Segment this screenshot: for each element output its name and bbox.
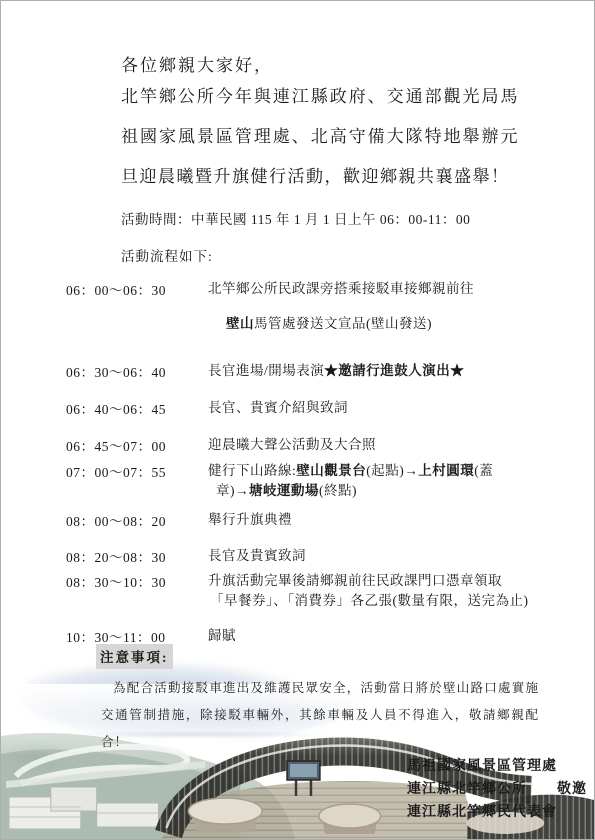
schedule-text: 馬管處發送文宣品(壁山發送) bbox=[254, 316, 432, 331]
schedule-text-bold: 上村圓環 bbox=[418, 463, 474, 478]
intro-paragraph: 北竿鄉公所今年與連江縣政府、交通部觀光局馬祖國家風景區管理處、北高守備大隊特地舉… bbox=[121, 77, 519, 197]
content-layer: 各位鄉親大家好， 北竿鄉公所今年與連江縣政府、交通部觀光局馬祖國家風景區管理處、… bbox=[1, 1, 594, 839]
signature-line-2: 連江縣北竿鄉公所 敬邀 bbox=[407, 778, 587, 801]
schedule-time: 08：20～08：30 bbox=[66, 546, 208, 566]
notes-paragraph: 為配合活動接駁車進出及維護民眾安全，活動當日將於壁山路口處實施交通管制措施，除接… bbox=[101, 675, 539, 756]
schedule-text: (起點)→ bbox=[366, 463, 418, 478]
schedule-time: 06：40～06：45 bbox=[66, 398, 208, 418]
schedule-description: 升旗活動完畢後請鄉親前往民政課門口憑章領取「早餐券」、「消費券」各乙張(數量有限… bbox=[208, 571, 546, 611]
schedule-text: 歸賦 bbox=[208, 628, 236, 643]
schedule-row: 08：00～08：20舉行升旗典禮 bbox=[66, 510, 546, 530]
schedule-text: 「早餐券」、「消費券」各乙張(數量有限，送完為止) bbox=[210, 593, 529, 608]
schedule-row: 06：00～06：30北竿鄉公所民政課旁搭乘接駁車接鄉親前往壁山馬管處發送文宣品… bbox=[66, 279, 546, 334]
signature-line-3: 連江縣北竿鄉民代表會 bbox=[407, 801, 587, 824]
schedule-text-bold: ★邀請行進鼓人演出★ bbox=[324, 363, 464, 378]
schedule-time: 06：00～06：30 bbox=[66, 279, 208, 299]
schedule-time: 06：30～06：40 bbox=[66, 361, 208, 381]
schedule-description: 迎晨曦大聲公活動及大合照 bbox=[208, 435, 546, 455]
schedule-line: 章)→塘岐運動場(終點) bbox=[216, 481, 546, 501]
schedule-row: 06：40～06：45長官、貴賓介紹與致詞 bbox=[66, 398, 546, 418]
schedule-line: 舉行升旗典禮 bbox=[208, 510, 546, 530]
schedule-row: 10：30～11：00歸賦 bbox=[66, 626, 546, 646]
schedule-line: 長官進場/開場表演★邀請行進鼓人演出★ bbox=[208, 361, 546, 381]
schedule-text: (終點) bbox=[319, 483, 357, 498]
schedule-text: 長官、貴賓介紹與致詞 bbox=[208, 400, 348, 415]
schedule-text: 升旗活動完畢後請鄉親前往民政課門口憑章領取 bbox=[208, 573, 502, 588]
schedule-row: 06：30～06：40長官進場/開場表演★邀請行進鼓人演出★ bbox=[66, 361, 546, 381]
schedule-description: 健行下山路線:壁山觀景台(起點)→上村圓環(蓋章)→塘岐運動場(終點) bbox=[208, 461, 546, 501]
greeting-line: 各位鄉親大家好， bbox=[121, 51, 273, 76]
schedule-list: 06：00～06：30北竿鄉公所民政課旁搭乘接駁車接鄉親前往壁山馬管處發送文宣品… bbox=[66, 279, 546, 662]
schedule-line: 「早餐券」、「消費券」各乙張(數量有限，送完為止) bbox=[210, 591, 546, 611]
schedule-text: 迎晨曦大聲公活動及大合照 bbox=[208, 437, 376, 452]
schedule-line: 健行下山路線:壁山觀景台(起點)→上村圓環(蓋 bbox=[208, 461, 546, 481]
schedule-text: (蓋 bbox=[474, 463, 493, 478]
schedule-time: 08：30～10：30 bbox=[66, 571, 208, 591]
schedule-description: 長官進場/開場表演★邀請行進鼓人演出★ bbox=[208, 361, 546, 381]
schedule-time: 10：30～11：00 bbox=[66, 626, 208, 646]
schedule-line: 長官、貴賓介紹與致詞 bbox=[208, 398, 546, 418]
schedule-time: 07：00～07：55 bbox=[66, 461, 208, 481]
schedule-row: 08：30～10：30升旗活動完畢後請鄉親前往民政課門口憑章領取「早餐券」、「消… bbox=[66, 571, 546, 611]
schedule-line: 升旗活動完畢後請鄉親前往民政課門口憑章領取 bbox=[208, 571, 546, 591]
schedule-text-bold: 壁山 bbox=[226, 316, 254, 331]
schedule-text: 長官進場/開場表演 bbox=[208, 363, 324, 378]
schedule-text: 舉行升旗典禮 bbox=[208, 512, 292, 527]
schedule-description: 長官、貴賓介紹與致詞 bbox=[208, 398, 546, 418]
schedule-line: 壁山馬管處發送文宣品(壁山發送) bbox=[226, 314, 546, 334]
schedule-text: 北竿鄉公所民政課旁搭乘接駁車接鄉親前往 bbox=[208, 281, 474, 296]
schedule-line: 長官及貴賓致詞 bbox=[208, 546, 546, 566]
schedule-heading: 活動流程如下: bbox=[121, 245, 213, 265]
flyer-page: 各位鄉親大家好， 北竿鄉公所今年與連江縣政府、交通部觀光局馬祖國家風景區管理處、… bbox=[0, 0, 595, 840]
schedule-text: 健行下山路線: bbox=[208, 463, 296, 478]
signature-block: 馬祖國家風景區管理處 連江縣北竿鄉公所 敬邀 連江縣北竿鄉民代表會 bbox=[407, 755, 587, 824]
schedule-line: 歸賦 bbox=[208, 626, 546, 646]
schedule-time: 08：00～08：20 bbox=[66, 510, 208, 530]
schedule-description: 長官及貴賓致詞 bbox=[208, 546, 546, 566]
schedule-text: 章)→ bbox=[216, 483, 249, 498]
schedule-row: 06：45～07：00迎晨曦大聲公活動及大合照 bbox=[66, 435, 546, 455]
schedule-line: 北竿鄉公所民政課旁搭乘接駁車接鄉親前往 bbox=[208, 279, 546, 299]
schedule-text: 長官及貴賓致詞 bbox=[208, 548, 306, 563]
schedule-row: 07：00～07：55健行下山路線:壁山觀景台(起點)→上村圓環(蓋章)→塘岐運… bbox=[66, 461, 546, 501]
notes-label: 注意事項: bbox=[96, 644, 173, 669]
schedule-description: 舉行升旗典禮 bbox=[208, 510, 546, 530]
schedule-line: 迎晨曦大聲公活動及大合照 bbox=[208, 435, 546, 455]
schedule-time: 06：45～07：00 bbox=[66, 435, 208, 455]
signature-line-1: 馬祖國家風景區管理處 bbox=[407, 755, 587, 778]
schedule-description: 歸賦 bbox=[208, 626, 546, 646]
schedule-description: 北竿鄉公所民政課旁搭乘接駁車接鄉親前往壁山馬管處發送文宣品(壁山發送) bbox=[208, 279, 546, 334]
schedule-row: 08：20～08：30長官及貴賓致詞 bbox=[66, 546, 546, 566]
event-time-line: 活動時間：中華民國 115 年 1 月 1 日上午 06：00-11：00 bbox=[121, 208, 470, 228]
schedule-text-bold: 壁山觀景台 bbox=[296, 463, 366, 478]
schedule-text-bold: 塘岐運動場 bbox=[249, 483, 319, 498]
